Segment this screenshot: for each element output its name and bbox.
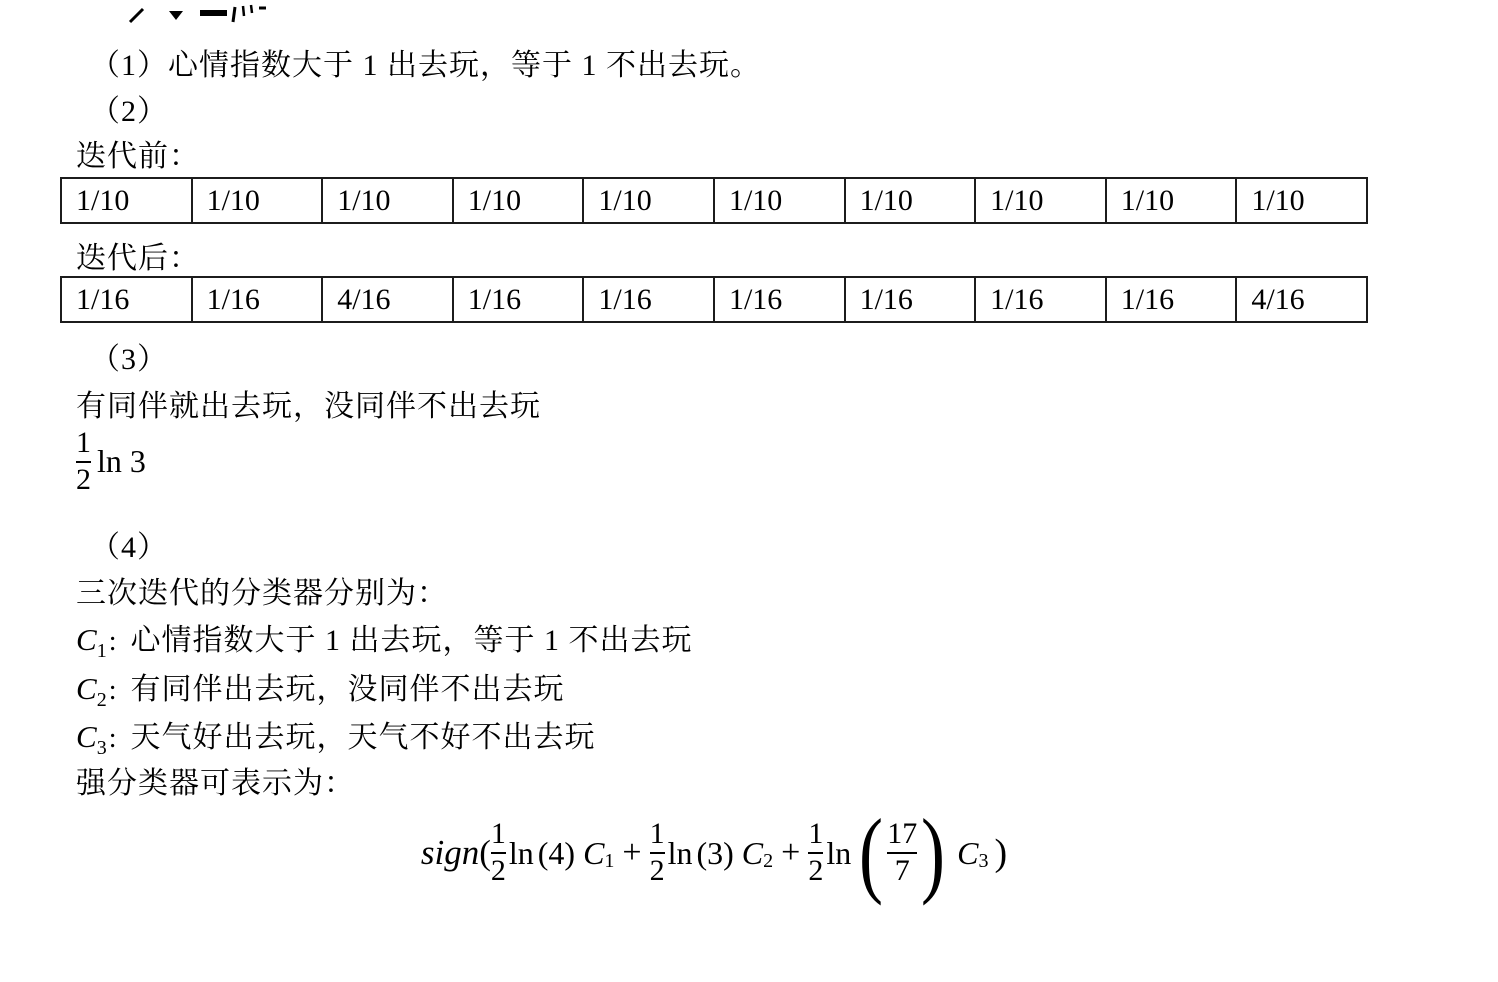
fraction-denominator: 2: [808, 856, 823, 887]
term3-ln-text: ln: [826, 835, 851, 872]
table-cell: 1/16: [1106, 277, 1237, 322]
fraction-denominator: 2: [76, 465, 91, 496]
fraction-denominator: 2: [650, 856, 665, 887]
table-cell: 1/16: [714, 277, 845, 322]
table-cell: 1/10: [453, 178, 584, 223]
big-close-paren: ): [921, 816, 945, 891]
before-iteration-label: 迭代前：: [76, 131, 200, 175]
term3-classifier-subscript: 3: [979, 850, 989, 873]
term3-ln-argument-fraction: 17 7: [887, 819, 917, 887]
fraction-numerator: 1: [650, 819, 665, 850]
fraction-numerator: 1: [491, 819, 506, 850]
term2-coefficient-fraction: 1 2: [650, 819, 665, 887]
table-cell: 4/16: [322, 277, 453, 322]
term1-ln-text: ln: [509, 835, 534, 872]
fraction-denominator: 2: [491, 856, 506, 887]
term1-classifier-symbol: C: [583, 835, 604, 872]
table-cell: 1/16: [975, 277, 1106, 322]
table-cell: 1/10: [192, 178, 323, 223]
weights-table-before: 1/10 1/10 1/10 1/10 1/10 1/10 1/10 1/10 …: [60, 177, 1368, 224]
classifier-colon: :: [109, 626, 117, 658]
table-cell: 1/16: [192, 277, 323, 322]
table-row: 1/10 1/10 1/10 1/10 1/10 1/10 1/10 1/10 …: [61, 178, 1367, 223]
table-cell: 1/10: [583, 178, 714, 223]
classifier-3-line: C3: 天气好出去玩，天气不好不出去玩: [76, 712, 595, 756]
classifier-colon: :: [109, 675, 117, 707]
table-cell: 1/10: [61, 178, 192, 223]
table-cell: 1/16: [61, 277, 192, 322]
term2-ln-text: ln: [668, 835, 693, 872]
term3-classifier-symbol: C: [957, 835, 978, 872]
after-iteration-label: 迭代后：: [76, 233, 200, 277]
table-row: 1/16 1/16 4/16 1/16 1/16 1/16 1/16 1/16 …: [61, 277, 1367, 322]
sign-function-text: sign: [421, 833, 479, 873]
alpha-expression: 1 2 ln 3: [76, 428, 146, 496]
ln3-text: ln 3: [97, 443, 146, 480]
classifier-1-line: C1: 心情指数大于 1 出去玩，等于 1 不出去玩: [76, 615, 692, 659]
fraction-numerator: 17: [887, 819, 917, 850]
weights-table-after: 1/16 1/16 4/16 1/16 1/16 1/16 1/16 1/16 …: [60, 276, 1368, 323]
classifier-subscript: 3: [97, 737, 107, 760]
strong-classifier-intro-text: 强分类器可表示为：: [76, 758, 355, 802]
classifier-2-line: C2: 有同伴出去玩，没同伴不出去玩: [76, 664, 564, 708]
table-cell: 1/16: [845, 277, 976, 322]
term2-ln-argument: (3): [696, 835, 733, 872]
item-3-label: （3）: [90, 334, 168, 378]
fraction-denominator: 7: [895, 856, 910, 887]
table-cell: 1/10: [975, 178, 1106, 223]
classifier-symbol: C: [76, 671, 97, 707]
item-1-text: （1）心情指数大于 1 出去玩，等于 1 不出去玩。: [90, 40, 761, 84]
table-cell: 1/10: [714, 178, 845, 223]
companion-rule-text: 有同伴就出去玩，没同伴不出去玩: [76, 381, 541, 425]
big-open-paren: (: [859, 816, 883, 891]
plus-operator: +: [622, 834, 641, 872]
classifier-description: 有同伴出去玩，没同伴不出去玩: [130, 664, 564, 708]
classifier-subscript: 2: [97, 689, 107, 712]
table-cell: 1/16: [583, 277, 714, 322]
table-cell: 1/10: [322, 178, 453, 223]
term3-coefficient-fraction: 1 2: [808, 819, 823, 887]
classifier-colon: :: [109, 723, 117, 755]
term2-classifier-subscript: 2: [763, 850, 773, 873]
table-cell: 4/16: [1236, 277, 1367, 322]
strong-classifier-formula: sign ( 1 2 ln (4) C1 + 1 2 ln (3) C2 + 1…: [60, 798, 1368, 908]
term1-ln-argument: (4): [538, 835, 575, 872]
term2-classifier-symbol: C: [742, 835, 763, 872]
formula-close-paren: ): [995, 831, 1008, 875]
formula-open-paren: (: [479, 833, 491, 873]
table-cell: 1/10: [1236, 178, 1367, 223]
document-page: { "page": { "background": "#ffffff", "te…: [0, 0, 1498, 982]
term1-classifier-subscript: 1: [604, 850, 614, 873]
one-half-fraction: 1 2: [76, 428, 91, 496]
classifier-description: 天气好出去玩，天气不好不出去玩: [130, 712, 595, 756]
classifiers-intro-text: 三次迭代的分类器分别为：: [76, 568, 448, 612]
classifier-symbol: C: [76, 622, 97, 658]
table-cell: 1/10: [1106, 178, 1237, 223]
table-cell: 1/16: [453, 277, 584, 322]
classifier-symbol: C: [76, 719, 97, 755]
item-4-label: （4）: [90, 522, 168, 566]
classifier-description: 心情指数大于 1 出去玩，等于 1 不出去玩: [130, 615, 692, 659]
classifier-subscript: 1: [97, 640, 107, 663]
plus-operator: +: [781, 834, 800, 872]
term1-coefficient-fraction: 1 2: [491, 819, 506, 887]
fraction-numerator: 1: [76, 428, 91, 459]
item-2-label: （2）: [90, 86, 168, 130]
formula-row: sign ( 1 2 ln (4) C1 + 1 2 ln (3) C2 + 1…: [421, 816, 1007, 891]
table-cell: 1/10: [845, 178, 976, 223]
clipped-text-fragment: [122, 3, 307, 27]
fraction-numerator: 1: [808, 819, 823, 850]
